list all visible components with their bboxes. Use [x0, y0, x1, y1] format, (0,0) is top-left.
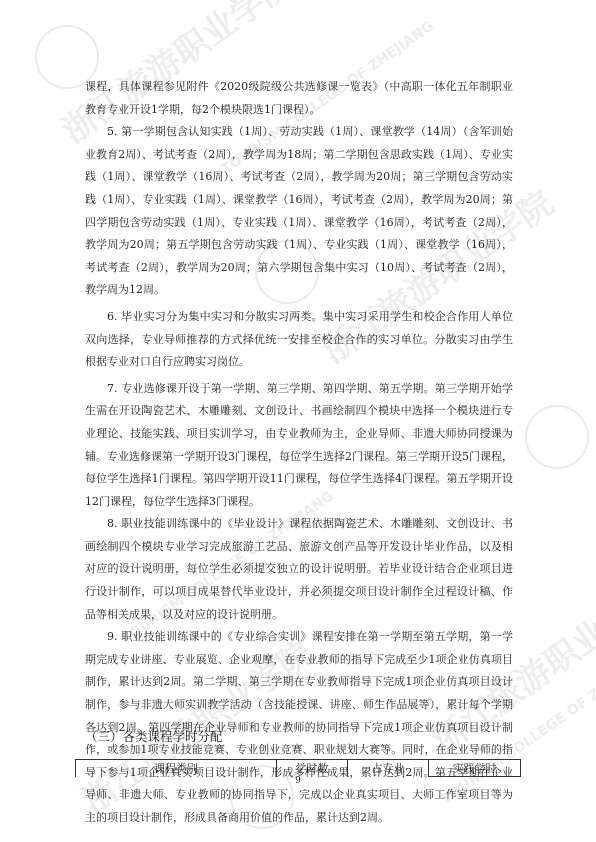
paragraph-item-5: 5. 第一学期包含认知实践（1周）、劳动实践（1周）、课堂教学（14周）（含军训… — [85, 121, 513, 302]
header-practice-hours: 实践学时 — [429, 760, 521, 777]
page-number: 9 — [0, 776, 596, 786]
paragraph-item-7: 7. 专业选修课开设于第一学期、第三学期、第四学期、第五学期。第三学期开始学生需… — [85, 378, 513, 514]
paragraph-item-8: 8. 职业技能训练课中的《毕业设计》课程依据陶瓷艺术、木雕雕刻、文创设计、书画绘… — [85, 513, 513, 626]
course-hours-table: 课程类别 学时数 占专业 实践学时 — [75, 759, 521, 777]
paragraph-item-6: 6. 毕业实习分为集中实习和分散实习两类。集中实习采用学生和校企合作用人单位双向… — [85, 306, 513, 374]
paragraph-continuation: 课程，具体课程参见附件《2020级院级公共选修课一览表》（中高职一体化五年制职业… — [85, 76, 513, 121]
header-percentage: 占专业 — [348, 760, 429, 777]
section-heading: （三）各类课程学时分配 — [85, 727, 223, 745]
watermark-seal-icon — [525, 405, 589, 469]
document-body: 课程，具体课程参见附件《2020级院级公共选修课一览表》（中高职一体化五年制职业… — [85, 76, 513, 830]
table-header-row: 课程类别 学时数 占专业 实践学时 — [76, 760, 521, 777]
header-hours: 学时数 — [277, 760, 348, 777]
header-course-category: 课程类别 — [76, 760, 277, 777]
